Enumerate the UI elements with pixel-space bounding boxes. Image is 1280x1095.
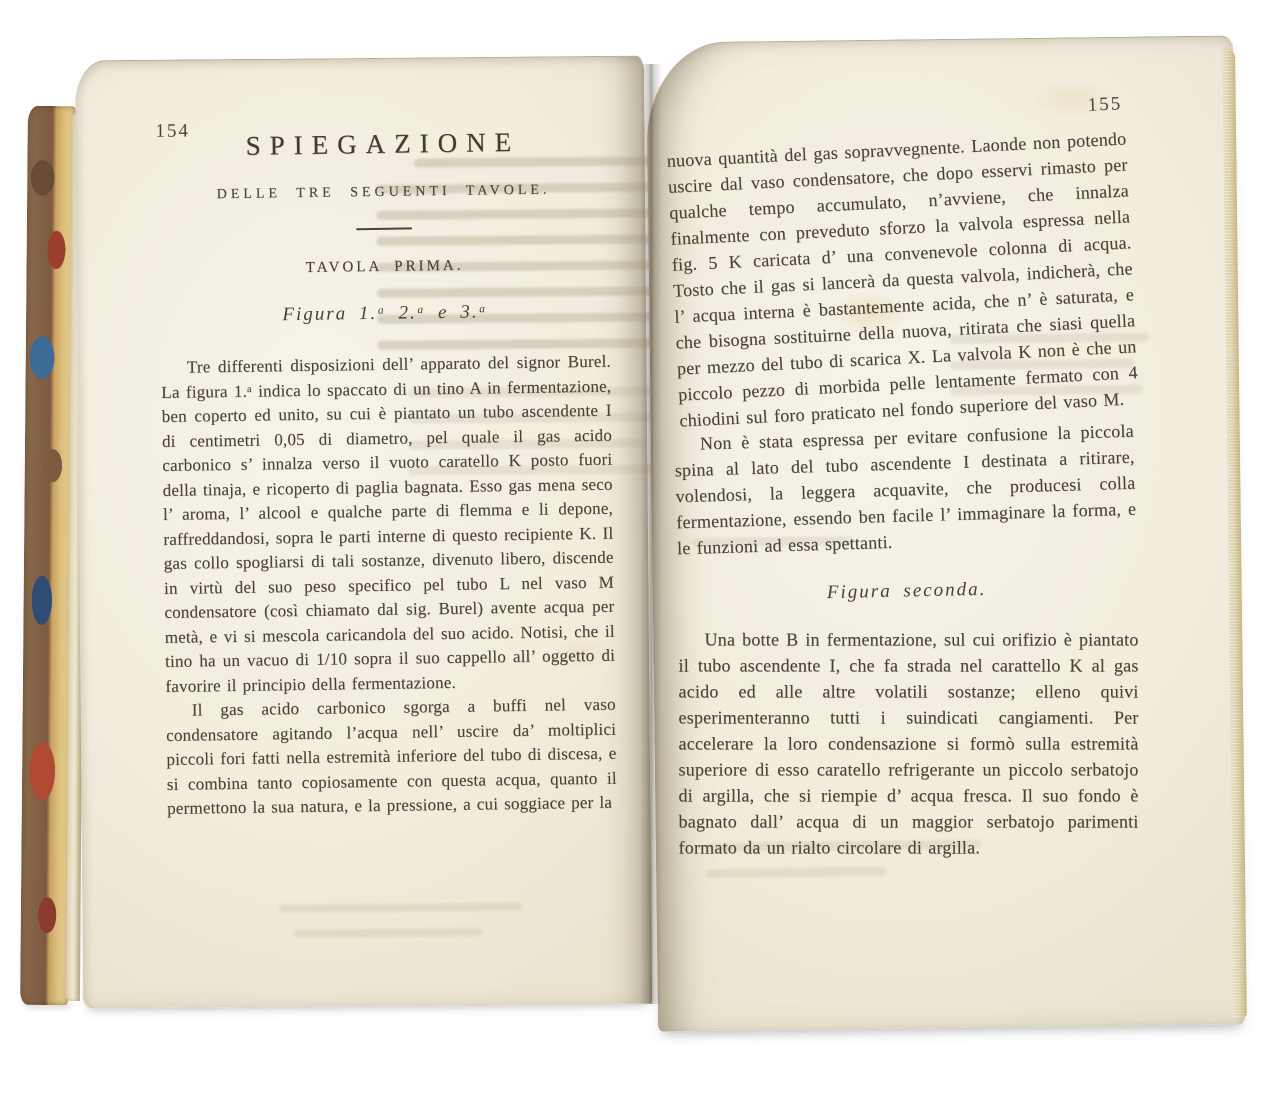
paragraph: Il gas acido carbonico sgorga a buffi ne… xyxy=(166,693,618,822)
page-title: SPIEGAZIONE xyxy=(158,126,608,163)
figure-heading-second: Figura seconda. xyxy=(677,576,1137,608)
page-number-right: 155 xyxy=(1087,93,1122,117)
bleed-through-text xyxy=(252,903,522,955)
paragraph: Tre differenti disposizioni dell’ appara… xyxy=(161,350,616,699)
divider-rule xyxy=(356,227,412,230)
fore-edge-page-stack xyxy=(1222,48,1247,1018)
left-page-text-column: SPIEGAZIONE DELLE TRE SEGUENTI TAVOLE. T… xyxy=(158,126,618,822)
right-page: 155 nuova quantità del gas sopravvegnent… xyxy=(646,35,1245,1031)
photo-background: 154 SPIEGAZIONE DELLE TRE SEGUENTI TAVOL… xyxy=(0,0,1280,1095)
section-heading: TAVOLA PRIMA. xyxy=(160,256,610,279)
left-page: 154 SPIEGAZIONE DELLE TRE SEGUENTI TAVOL… xyxy=(75,56,652,1009)
paragraph: nuova quantità del gas sopravvegnente. L… xyxy=(666,125,1139,433)
paragraph: Una botte B in fermentazione, sul cui or… xyxy=(679,626,1139,860)
right-page-text-column: nuova quantità del gas sopravvegnente. L… xyxy=(671,134,1140,864)
figure-heading-first: Figura 1.ᵃ 2.ᵃ e 3.ᵃ xyxy=(160,300,610,328)
paragraph: Non è stata espressa per evitare confusi… xyxy=(674,418,1138,562)
page-subtitle: DELLE TRE SEGUENTI TAVOLE. xyxy=(158,182,608,204)
